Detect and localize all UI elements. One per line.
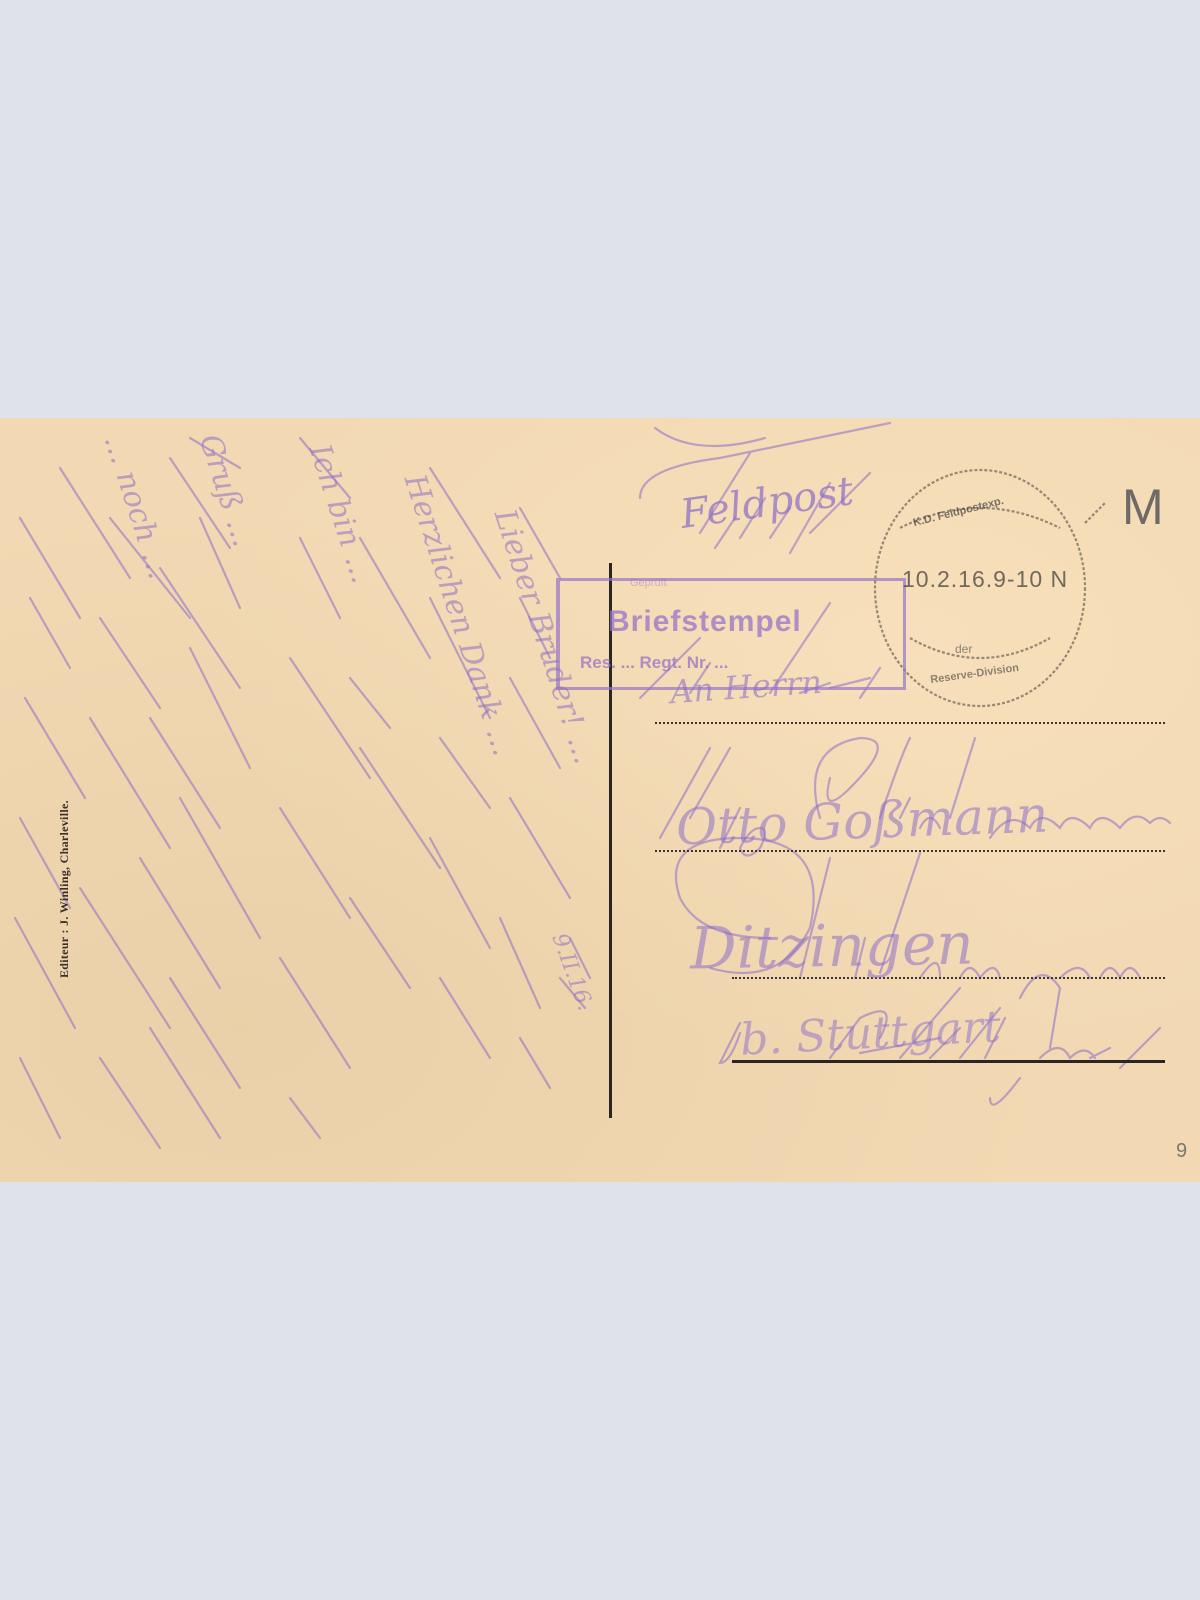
censor-stamp-title: Briefstempel	[608, 605, 802, 639]
pencil-corner-number: 9	[1176, 1140, 1187, 1163]
publisher-imprint: Editeur : J. Winling, Charleville.	[57, 800, 72, 978]
recipient-city: Ditzingen	[689, 910, 974, 983]
pencil-corner-letter: M	[1122, 478, 1164, 536]
postmark-date: 10.2.16.9-10 N	[902, 566, 1068, 593]
address-line-1	[655, 722, 1165, 724]
postmark-middle-text: der	[955, 642, 972, 656]
censor-stamp-top: Geprüft	[630, 577, 667, 589]
